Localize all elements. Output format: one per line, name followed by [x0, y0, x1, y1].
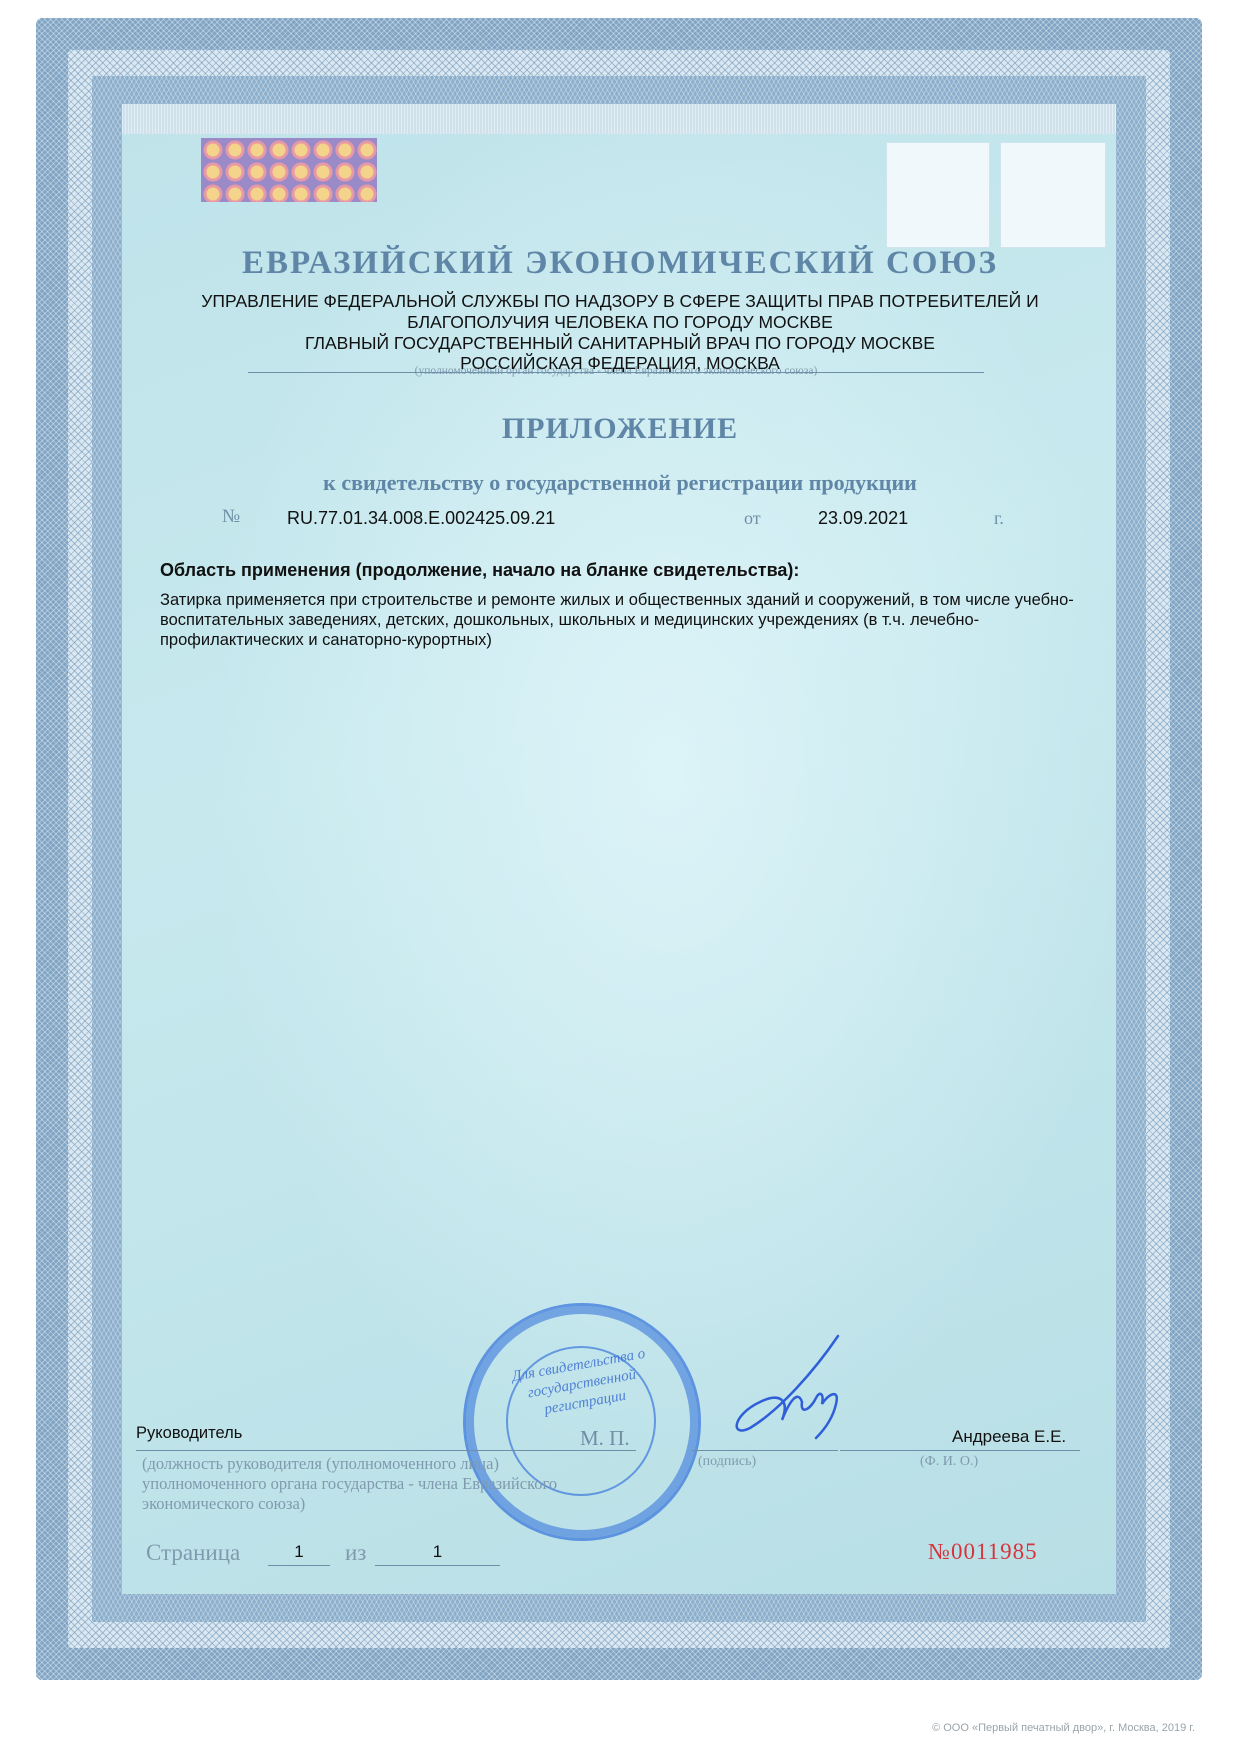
signer-name: Андреева Е.Е. — [952, 1427, 1066, 1447]
number-label: № — [222, 506, 240, 528]
printer-credit: © ООО «Первый печатный двор», г. Москва,… — [0, 1722, 1195, 1734]
from-label: от — [744, 508, 761, 529]
role-caption: (должность руководителя (уполномоченного… — [142, 1454, 582, 1514]
authority-line-3: ГЛАВНЫЙ ГОСУДАРСТВЕННЫЙ САНИТАРНЫЙ ВРАЧ … — [150, 334, 1090, 353]
document-title: ПРИЛОЖЕНИЕ — [0, 412, 1240, 446]
signature-underline — [692, 1450, 838, 1451]
authority-line-4: РОССИЙСКАЯ ФЕДЕРАЦИЯ, МОСКВА — [150, 354, 1090, 373]
page-current: 1 — [268, 1542, 330, 1562]
signature-icon — [720, 1330, 880, 1440]
seal-label: М. П. — [580, 1426, 630, 1451]
certificate-number: RU.77.01.34.008.E.002425.09.21 — [287, 508, 555, 529]
page-label: Страница — [146, 1540, 240, 1566]
authority-underline — [248, 372, 984, 373]
hologram-icon — [201, 138, 377, 202]
name-caption: (Ф. И. О.) — [920, 1454, 978, 1470]
document-subtitle: к свидетельству о государственной регист… — [0, 470, 1240, 496]
serial-number: №0011985 — [928, 1539, 1038, 1565]
blank-field-2 — [1000, 142, 1106, 248]
signer-role: Руководитель — [136, 1424, 242, 1443]
year-suffix: г. — [994, 508, 1004, 529]
of-label: из — [345, 1540, 366, 1566]
signature-caption: (подпись) — [698, 1454, 756, 1470]
blank-field-1 — [886, 142, 990, 248]
page-total-underline — [375, 1565, 500, 1566]
scope-heading: Область применения (продолжение, начало … — [160, 560, 799, 581]
name-underline — [840, 1450, 1080, 1451]
authority-line-1: УПРАВЛЕНИЕ ФЕДЕРАЛЬНОЙ СЛУЖБЫ ПО НАДЗОРУ… — [150, 292, 1090, 311]
role-underline — [136, 1450, 636, 1451]
certificate-date: 23.09.2021 — [818, 508, 908, 529]
union-title: ЕВРАЗИЙСКИЙ ЭКОНОМИЧЕСКИЙ СОЮЗ — [0, 245, 1240, 282]
page-total: 1 — [375, 1542, 500, 1562]
authority-line-2: БЛАГОПОЛУЧИЯ ЧЕЛОВЕКА ПО ГОРОДУ МОСКВЕ — [150, 313, 1090, 332]
scope-text: Затирка применяется при строительстве и … — [160, 590, 1080, 650]
decorative-band — [122, 104, 1116, 134]
page-current-underline — [268, 1565, 330, 1566]
